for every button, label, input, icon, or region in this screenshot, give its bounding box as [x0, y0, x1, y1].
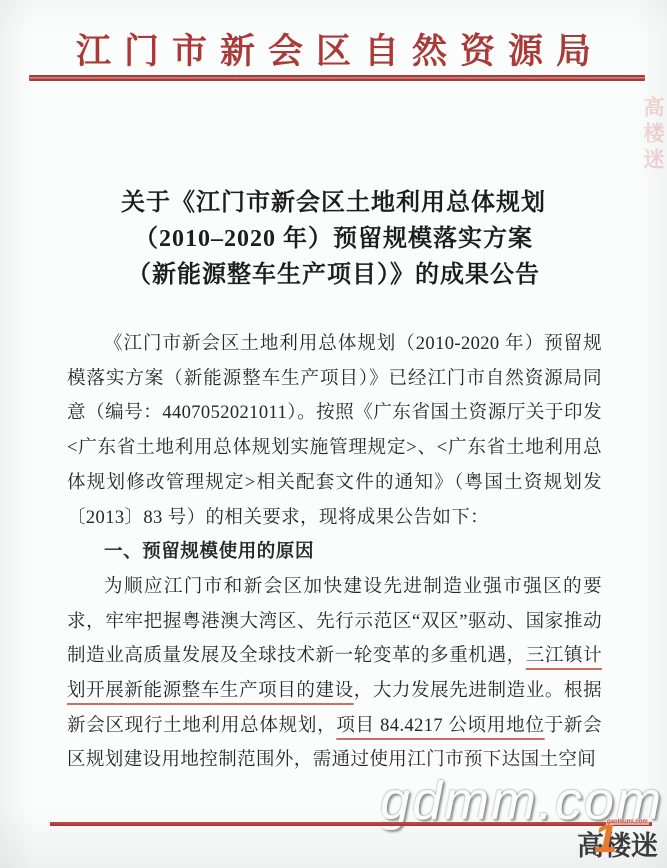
scanned-document-page: 江门市新会区自然资源局 高楼迷 关于《江门市新会区土地利用总体规划 （2010–…	[0, 0, 667, 868]
paragraph-intro: 《江门市新会区土地利用总体规划（2010-2020 年）预留规模落实方案（新能源…	[67, 327, 602, 535]
document-title-line3: （新能源整车生产项目）》的成果公告	[36, 257, 631, 293]
paragraph-reason: 为顺应江门市和新会区加快建设先进制造业强市强区的要求，牢牢把握粤港澳大湾区、先行…	[67, 570, 602, 778]
document-title: 关于《江门市新会区土地利用总体规划 （2010–2020 年）预留规模落实方案 …	[36, 185, 631, 293]
document-body: 《江门市新会区土地利用总体规划（2010-2020 年）预留规模落实方案（新能源…	[67, 327, 602, 778]
gaoloumi-logo: 高 1 gaoloumi.com 楼 迷	[577, 833, 658, 860]
paragraph-reason-underlined-2: 项目 84.4217 公顷用地位	[336, 716, 544, 736]
gaoloumi-logo-char3: 迷	[631, 833, 658, 860]
gaoloumi-logo-url: gaoloumi.com	[606, 819, 649, 825]
document-title-line1: 关于《江门市新会区土地利用总体规划	[36, 185, 631, 221]
footer-red-rule	[50, 822, 652, 826]
gaoloumi-logo-char2-wrap: 1 gaoloumi.com 楼	[604, 833, 631, 860]
agency-header-title: 江门市新会区自然资源局	[0, 24, 667, 74]
section-heading-1: 一、预留规模使用的原因	[67, 535, 602, 570]
topright-watermark: 高楼迷	[637, 96, 667, 174]
header-red-rule	[29, 75, 645, 81]
document-title-line2: （2010–2020 年）预留规模落实方案	[36, 221, 631, 257]
paragraph-reason-seg1: 为顺应江门市和新会区加快建设先进制造业强市强区的要求，牢牢把握粤港澳大湾区、先行…	[67, 577, 602, 666]
